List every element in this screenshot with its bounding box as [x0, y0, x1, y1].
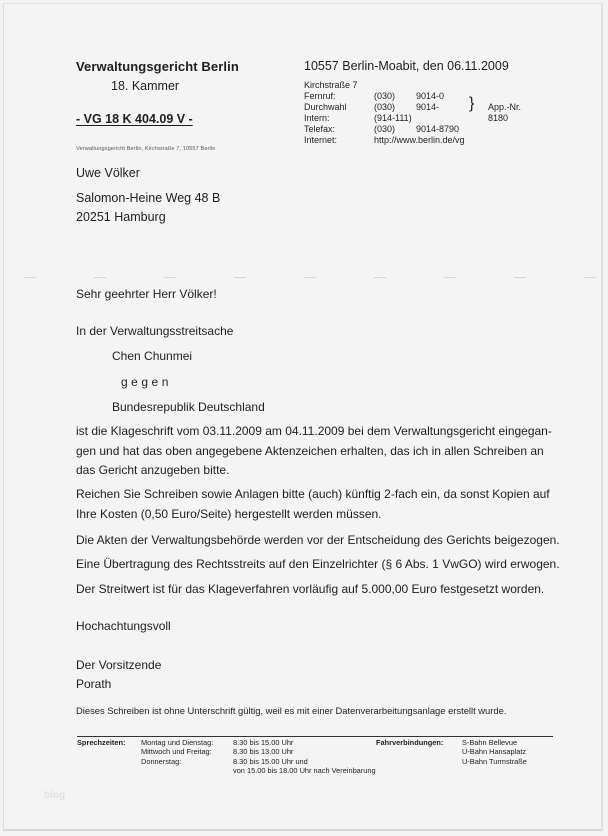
office-hours-day: Donnerstag: — [141, 757, 233, 766]
office-hours-times: 8.30 bis 15.00 Uhr 8.30 bis 13.00 Uhr 8.… — [233, 738, 376, 776]
recipient-name: Uwe Völker — [76, 166, 140, 180]
validity-notice: Dieses Schreiben ist ohne Unterschrift g… — [76, 705, 506, 716]
paragraph-line: Der Streitwert ist für das Klageverfahre… — [76, 580, 544, 600]
paragraph-line: Reichen Sie Schreiben sowie Anlagen bitt… — [76, 485, 550, 505]
watermark: blog — [44, 790, 65, 801]
signer-title: Der Vorsitzende — [76, 658, 161, 672]
contact-row-phone: Fernruf: (030) 9014-0 — [304, 91, 476, 102]
transport-item: S-Bahn Bellevue — [462, 738, 527, 747]
chamber: 18. Kammer — [111, 79, 179, 93]
contact-row-internet: Internet: http://www.berlin.de/vg — [304, 135, 476, 146]
contact-number: 9014-8790 — [416, 124, 476, 135]
paragraph-copies: Reichen Sie Schreiben sowie Anlagen bitt… — [76, 485, 550, 524]
contact-block: Kirchstraße 7 Fernruf: (030) 9014-0 Durc… — [304, 80, 476, 146]
paragraph-value: Der Streitwert ist für das Klageverfahre… — [76, 580, 544, 600]
contact-label: Durchwahl — [304, 102, 374, 113]
paragraph-line: Die Akten der Verwaltungsbehörde werden … — [76, 531, 560, 551]
recipient-street: Salomon-Heine Weg 48 B — [76, 191, 220, 205]
contact-number: 9014- — [416, 102, 476, 113]
contact-row-fax: Telefax: (030) 9014-8790 — [304, 124, 476, 135]
app-nr: App.-Nr. 8180 — [488, 102, 521, 124]
paragraph-files: Die Akten der Verwaltungsbehörde werden … — [76, 531, 560, 551]
street-row: Kirchstraße 7 — [304, 80, 476, 91]
paragraph-line: Eine Übertragung des Rechtsstreits auf d… — [76, 555, 560, 575]
contact-number: 9014-0 — [416, 91, 476, 102]
office-hours-day: Montag und Dienstag: — [141, 738, 233, 747]
fold-mark — [4, 277, 608, 278]
contact-prefix: (030) — [374, 124, 416, 135]
court-street: Kirchstraße 7 — [304, 80, 358, 91]
office-hours-days: Montag und Dienstag: Mittwoch und Freita… — [141, 738, 233, 776]
office-hours-time: 8.30 bis 13.00 Uhr — [233, 747, 376, 756]
case-number: - VG 18 K 404.09 V - — [76, 112, 193, 126]
paragraph-single-judge: Eine Übertragung des Rechtsstreits auf d… — [76, 555, 560, 575]
party-plaintiff: Chen Chunmei — [112, 349, 192, 363]
paragraph-line: das Gericht anzugeben bitte. — [76, 461, 552, 481]
transport: Fahrverbindungen: S-Bahn Bellevue U-Bahn… — [376, 738, 527, 766]
transport-item: U-Bahn Turmstraße — [462, 757, 527, 766]
letter-page: Verwaltungsgericht Berlin 18. Kammer - V… — [3, 3, 603, 831]
case-intro: In der Verwaltungsstreitsache — [76, 324, 233, 338]
transport-list: S-Bahn Bellevue U-Bahn Hansaplatz U-Bahn… — [462, 738, 527, 766]
paragraph-line: gen und hat das oben angegebene Aktenzei… — [76, 442, 552, 462]
paragraph-line: Ihre Kosten (0,50 Euro/Seite) hergestell… — [76, 505, 550, 525]
brace-icon: } — [469, 96, 474, 112]
closing: Hochachtungsvoll — [76, 619, 171, 633]
versus: gegen — [121, 375, 172, 389]
footer-divider — [77, 736, 553, 737]
transport-label: Fahrverbindungen: — [376, 738, 462, 766]
contact-row-internal: Intern: (914-111) — [304, 113, 476, 124]
return-address: Verwaltungsgericht Berlin, Kirchstraße 7… — [76, 146, 215, 152]
website-url[interactable]: http://www.berlin.de/vg — [374, 135, 465, 146]
office-hours-time: von 15.00 bis 18.00 Uhr nach Vereinbarun… — [233, 766, 376, 775]
contact-prefix: (030) — [374, 91, 416, 102]
office-hours-day: Mittwoch und Freitag: — [141, 747, 233, 756]
office-hours: Sprechzeiten: Montag und Dienstag: Mittw… — [77, 738, 376, 776]
signer-name: Porath — [76, 677, 111, 691]
contact-prefix: (914-111) — [374, 113, 412, 124]
place-date: 10557 Berlin-Moabit, den 06.11.2009 — [304, 59, 509, 73]
contact-label: Telefax: — [304, 124, 374, 135]
court-name: Verwaltungsgericht Berlin — [76, 59, 239, 74]
office-hours-time: 8.30 bis 15.00 Uhr — [233, 738, 376, 747]
salutation: Sehr geehrter Herr Völker! — [76, 287, 217, 301]
app-nr-label: App.-Nr. — [488, 102, 521, 113]
contact-label: Fernruf: — [304, 91, 374, 102]
office-hours-time: 8.30 bis 15.00 Uhr und — [233, 757, 376, 766]
office-hours-label: Sprechzeiten: — [77, 738, 141, 776]
contact-label: Intern: — [304, 113, 374, 124]
party-defendant: Bundesrepublik Deutschland — [112, 400, 265, 414]
recipient-city: 20251 Hamburg — [76, 210, 166, 224]
contact-prefix: (030) — [374, 102, 416, 113]
paragraph-receipt: ist die Klageschrift vom 03.11.2009 am 0… — [76, 422, 552, 481]
app-nr-value: 8180 — [488, 113, 521, 124]
paragraph-line: ist die Klageschrift vom 03.11.2009 am 0… — [76, 422, 552, 442]
contact-label: Internet: — [304, 135, 374, 146]
contact-row-direct: Durchwahl (030) 9014- — [304, 102, 476, 113]
transport-item: U-Bahn Hansaplatz — [462, 747, 527, 756]
